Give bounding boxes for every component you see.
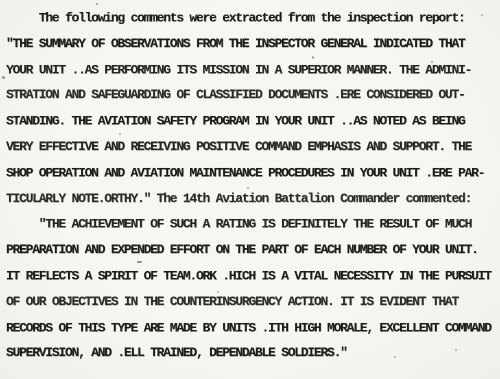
text-line: YOUR UNIT ..AS PERFORMING ITS MISSION IN…	[6, 57, 500, 83]
text-line: SHOP OPERATION AND AVIATION MAINTENANCE …	[6, 160, 500, 186]
text-line: TICULARLY NOTE.ORTHY." The 14th Aviation…	[6, 186, 500, 212]
text-line: "THE ACHIEVEMENT OF SUCH A RATING IS DEF…	[6, 212, 500, 238]
text-line: VERY EFFECTIVE AND RECEIVING POSITIVE CO…	[6, 134, 500, 160]
text-line: OF OUR OBJECTIVES IN THE COUNTERINSURGEN…	[6, 289, 500, 315]
text-line: PREPARATION AND EXPENDED EFFORT ON THE P…	[6, 237, 500, 263]
text-line: STANDING. THE AVIATION SAFETY PROGRAM IN…	[6, 108, 500, 134]
text-line: IT REFLECTS A SPIRIT OF TEAM.ORK .HICH I…	[6, 263, 500, 289]
text-line: The following comments were extracted fr…	[6, 5, 500, 31]
text-line: RECORDS OF THIS TYPE ARE MADE BY UNITS .…	[6, 315, 500, 341]
text-line: "THE SUMMARY OF OBSERVATIONS FROM THE IN…	[6, 31, 500, 57]
typewritten-text-block: The following comments were extracted fr…	[6, 5, 500, 366]
document-page: The following comments were extracted fr…	[0, 0, 500, 379]
scan-speck	[2, 76, 5, 79]
text-line: STRATION AND SAFEGUARDING OF CLASSIFIED …	[6, 82, 500, 108]
text-line: SUPERVISION, AND .ELL TRAINED, DEPENDABL…	[6, 340, 500, 366]
